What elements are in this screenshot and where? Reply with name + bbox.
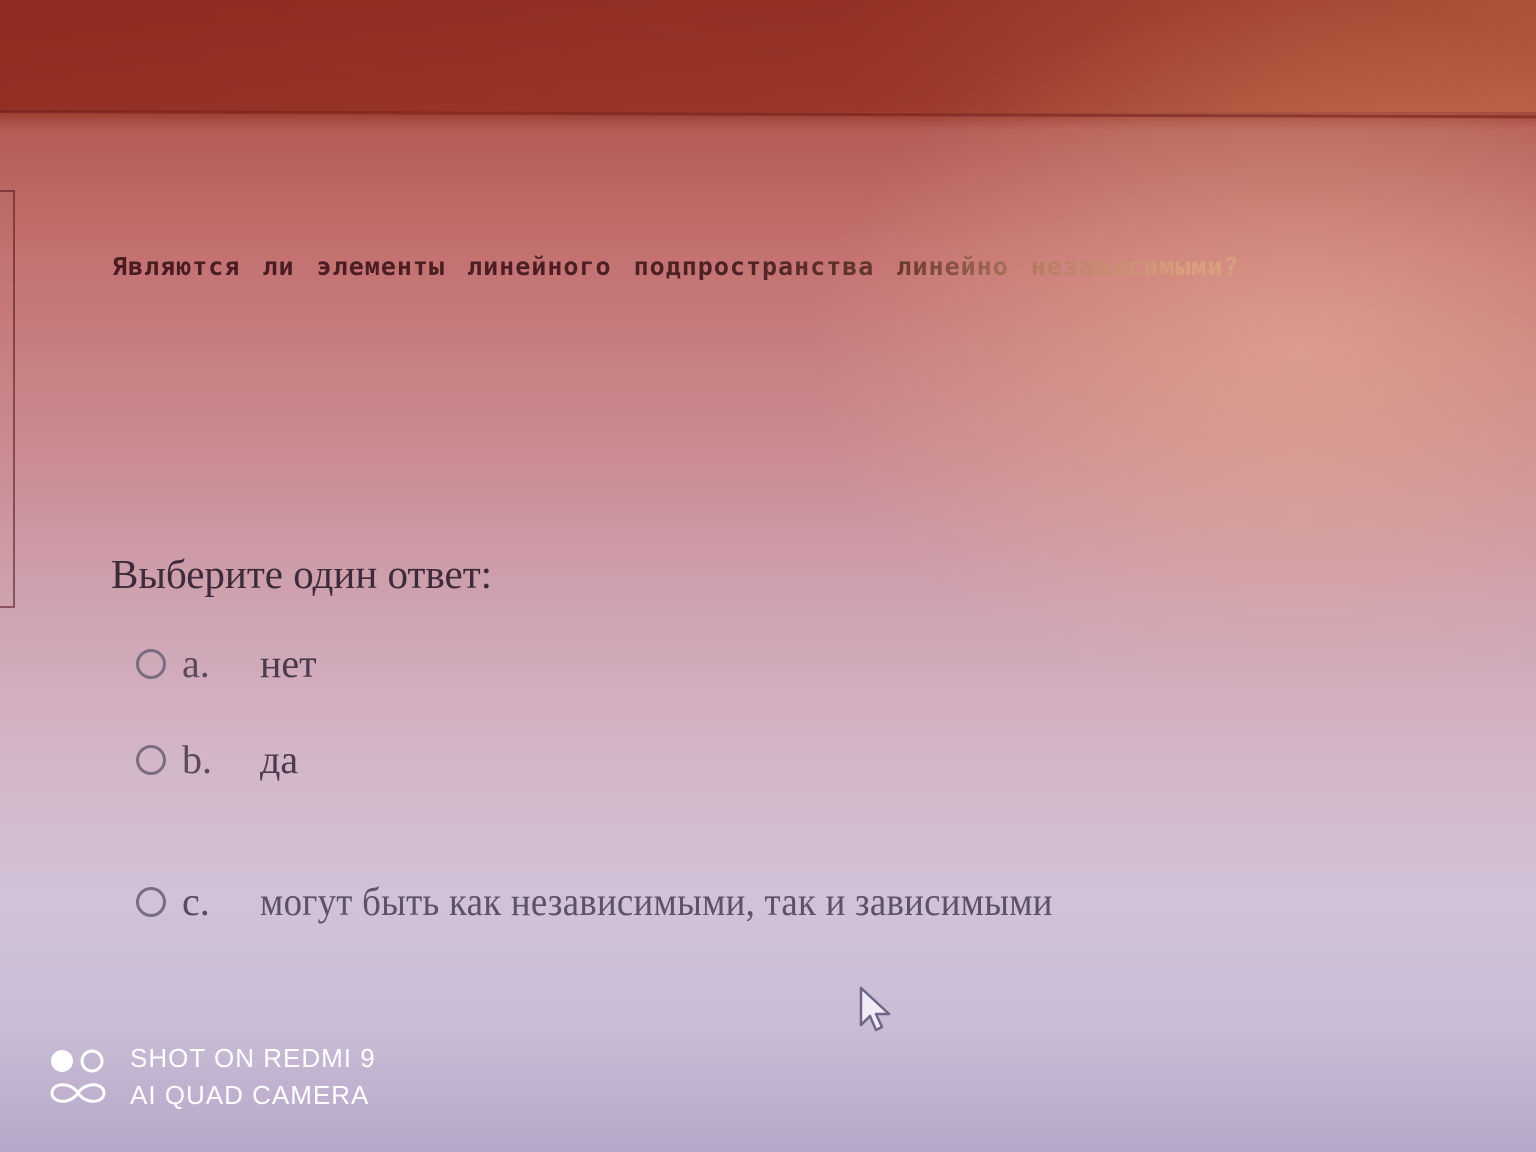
watermark-line-2: AI QUAD CAMERA (130, 1077, 376, 1114)
watermark-line-1: SHOT ON REDMI 9 (130, 1040, 376, 1077)
radio-button-b[interactable] (136, 745, 166, 775)
answer-option-b[interactable]: b. да (136, 736, 298, 783)
option-label[interactable]: нет (260, 640, 317, 687)
mouse-pointer-icon (858, 985, 894, 1041)
option-letter: c. (182, 878, 260, 925)
answer-prompt: Выберите один ответ: (111, 550, 492, 598)
question-info-panel-edge (0, 190, 15, 608)
camera-watermark: SHOT ON REDMI 9 AI QUAD CAMERA (48, 1040, 376, 1114)
radio-button-a[interactable] (136, 649, 166, 679)
option-label[interactable]: могут быть как независимыми, так и завис… (260, 878, 1053, 925)
answer-option-a[interactable]: a. нет (136, 640, 317, 687)
quad-camera-logo-icon (48, 1045, 108, 1109)
question-text: Являются ли элементы линейного подпростр… (112, 252, 1240, 281)
answer-option-c[interactable]: c. могут быть как независимыми, так и за… (136, 878, 1122, 925)
option-letter: a. (182, 640, 260, 687)
option-letter: b. (182, 736, 260, 783)
page-header-band (0, 0, 1536, 112)
option-label[interactable]: да (260, 736, 298, 783)
radio-button-c[interactable] (136, 887, 166, 917)
